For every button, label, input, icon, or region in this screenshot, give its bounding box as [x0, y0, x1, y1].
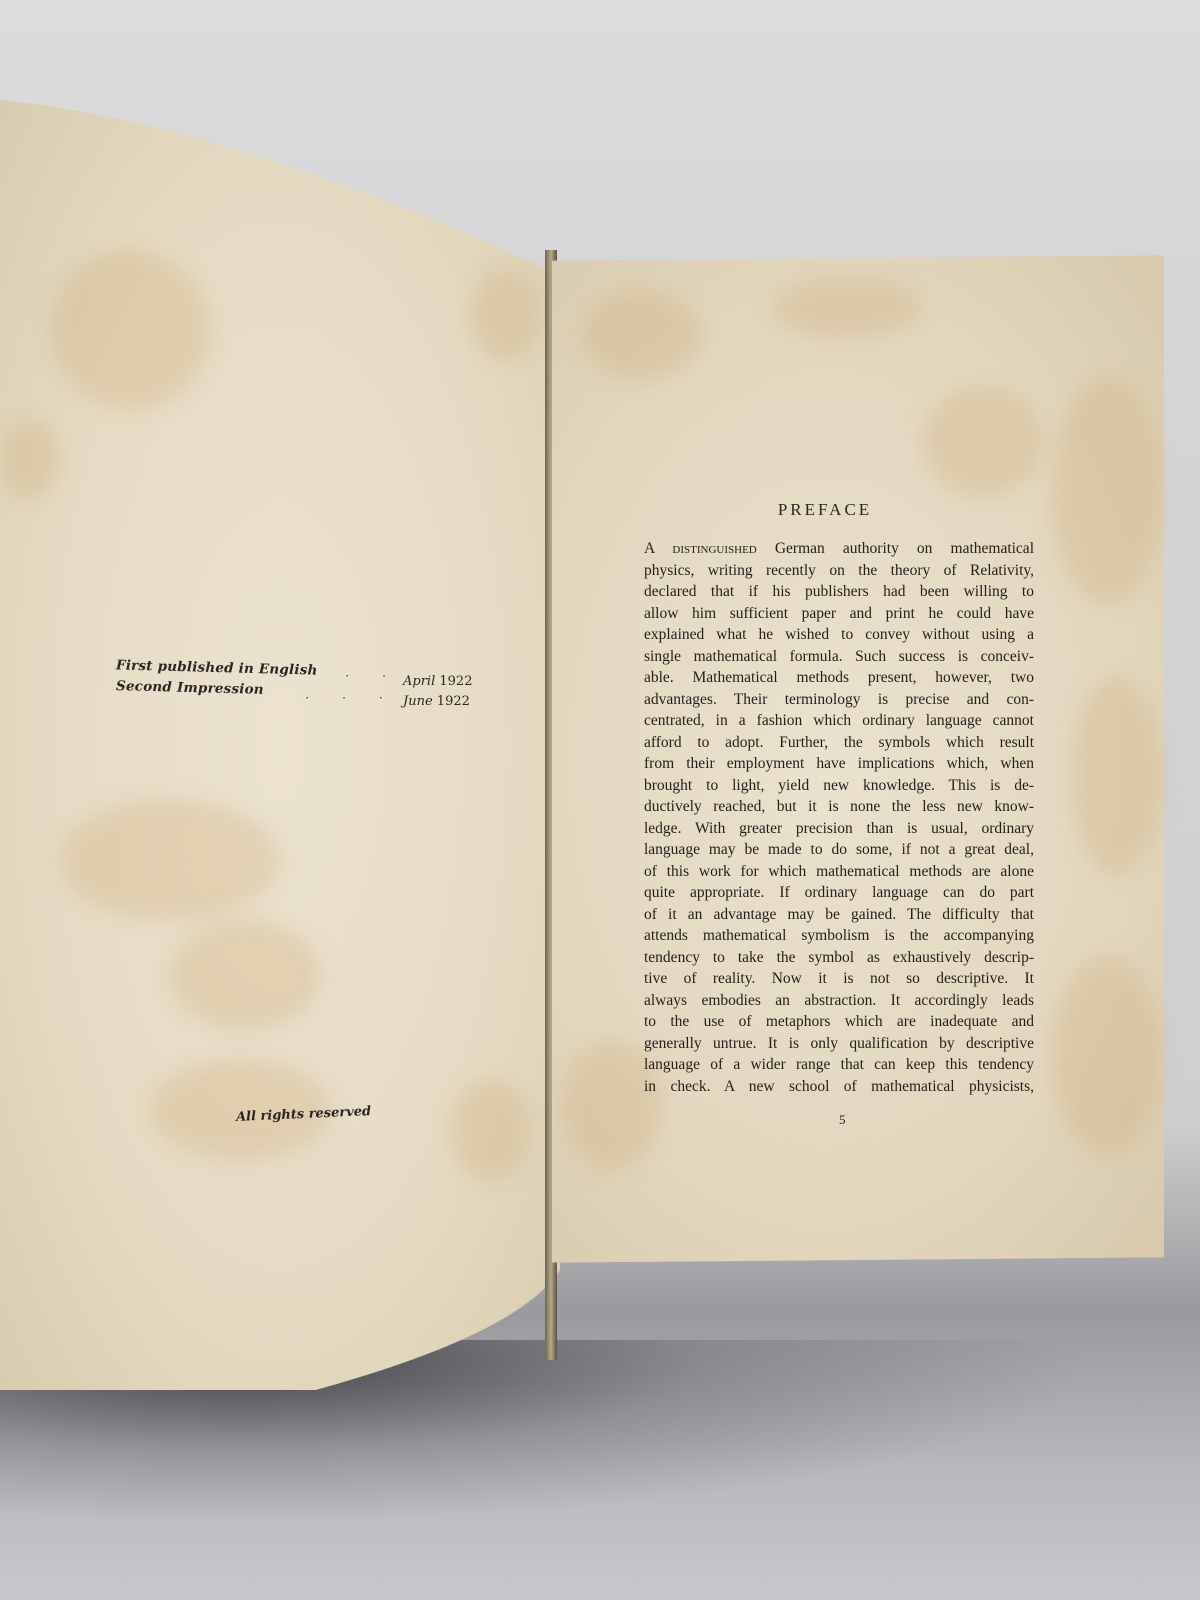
imprint-date-first: April 1922: [403, 674, 472, 689]
preface-body: A distinguished German authority on math…: [644, 538, 1034, 1097]
text-line: able. Mathematical methods present, howe…: [644, 667, 1034, 689]
text-line: ledge. With greater precision than is us…: [644, 818, 1034, 840]
leader-dots: · · ·: [305, 690, 383, 706]
foxing-stain: [450, 1080, 530, 1180]
date-month: April: [403, 674, 435, 689]
text-line: generally untrue. It is only qualificati…: [644, 1033, 1034, 1055]
foxing-stain: [0, 420, 60, 500]
imprint-date-second: June 1922: [403, 694, 470, 709]
text-fragment: German authority on mathematical: [757, 540, 1034, 557]
text-line: single mathematical formula. Such succes…: [644, 646, 1034, 668]
text-line: afford to adopt. Further, the symbols wh…: [644, 732, 1034, 754]
text-line: language of a wider range that can keep …: [644, 1054, 1034, 1076]
foxing-stain: [922, 386, 1042, 497]
leader-dots: · ·: [345, 668, 386, 684]
foxing-stain: [60, 800, 280, 920]
text-line: from their employment have implications …: [644, 753, 1034, 775]
text-line: advantages. Their terminology is precise…: [644, 689, 1034, 711]
foxing-stain: [50, 250, 210, 410]
text-line: declared that if his publishers had been…: [644, 581, 1034, 603]
text-line: ductively reached, but it is none the le…: [644, 796, 1034, 818]
text-line: tive of reality. Now it is not so descri…: [644, 968, 1034, 990]
foxing-stain: [1072, 675, 1162, 876]
text-line: in check. A new school of mathematical p…: [644, 1076, 1034, 1098]
foxing-stain: [772, 277, 922, 338]
text-line: always embodies an abstraction. It accor…: [644, 990, 1034, 1012]
text-line: A distinguished German authority on math…: [644, 538, 1034, 560]
date-year: 1922: [439, 674, 472, 689]
text-line: attends mathematical symbolism is the ac…: [644, 925, 1034, 947]
left-page: [0, 100, 560, 1390]
text-line: of it an advantage may be gained. The di…: [644, 904, 1034, 926]
text-line: language may be made to do some, if not …: [644, 839, 1034, 861]
text-line: allow him sufficient paper and print he …: [644, 603, 1034, 625]
smallcaps-opening: A distinguished: [644, 540, 757, 557]
text-line: brought to light, yield new knowledge. T…: [644, 775, 1034, 797]
page-title: PREFACE: [590, 500, 1060, 520]
date-month: June: [403, 694, 433, 709]
text-line: explained what he wished to convey witho…: [644, 624, 1034, 646]
page-number: 5: [839, 1112, 846, 1128]
foxing-stain: [470, 270, 540, 360]
text-line: to the use of metaphors which are inadeq…: [644, 1011, 1034, 1033]
text-line: physics, writing recently on the theory …: [644, 560, 1034, 582]
date-year: 1922: [437, 694, 470, 709]
text-line: tendency to take the symbol as exhaustiv…: [644, 947, 1034, 969]
text-line: of this work for which mathematical meth…: [644, 861, 1034, 883]
foxing-stain: [1052, 955, 1162, 1156]
foxing-stain: [170, 920, 320, 1030]
text-line: quite appropriate. If ordinary language …: [644, 882, 1034, 904]
foxing-stain: [1052, 375, 1162, 606]
text-line: centrated, in a fashion which ordinary l…: [644, 710, 1034, 732]
foxing-stain: [582, 289, 702, 380]
